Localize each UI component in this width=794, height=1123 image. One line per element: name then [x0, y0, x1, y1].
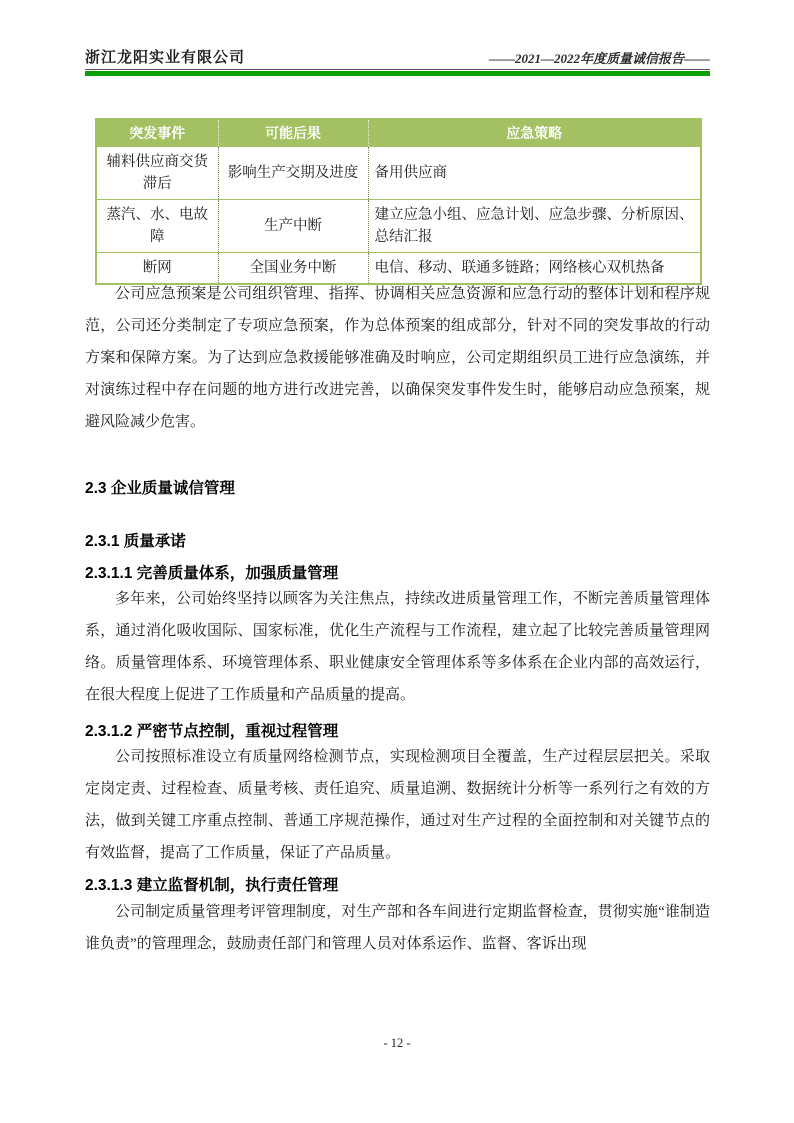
paragraph-2-3-1-2: 公司按照标准设立有质量网络检测节点，实现检测项目全覆盖，生产过程层层把关。采取定… — [85, 741, 710, 869]
table-cell-consequence: 影响生产交期及进度 — [218, 147, 368, 200]
paragraph-2-3-1-1: 多年来，公司始终坚持以顾客为关注焦点，持续改进质量管理工作，不断完善质量管理体系… — [85, 583, 710, 711]
table-cell-strategy: 建立应急小组、应急计划、应急步骤、分析原因、总结汇报 — [368, 200, 701, 253]
column-header-event: 突发事件 — [96, 119, 218, 147]
table-row: 蒸汽、水、电故障 生产中断 建立应急小组、应急计划、应急步骤、分析原因、总结汇报 — [96, 200, 701, 253]
section-heading-2-3-1-3: 2.3.1.3 建立监督机制，执行责任管理 — [85, 873, 710, 895]
page-header: 浙江龙阳实业有限公司 ——2021—2022年度质量诚信报告—— — [85, 46, 710, 76]
table-row: 辅料供应商交货滞后 影响生产交期及进度 备用供应商 — [96, 147, 701, 200]
paragraph-emergency-plan: 公司应急预案是公司组织管理、指挥、协调相关应急资源和应急行动的整体计划和程序规范… — [85, 278, 710, 438]
column-header-strategy: 应急策略 — [368, 119, 701, 147]
section-heading-2-3-1: 2.3.1 质量承诺 — [85, 529, 710, 551]
header-green-rule — [85, 71, 710, 76]
section-heading-2-3-1-2: 2.3.1.2 严密节点控制，重视过程管理 — [85, 719, 710, 741]
company-name: 浙江龙阳实业有限公司 — [85, 46, 245, 67]
column-header-consequence: 可能后果 — [218, 119, 368, 147]
paragraph-2-3-1-3: 公司制定质量管理考评管理制度，对生产部和各车间进行定期监督检查，贯彻实施“谁制造… — [85, 896, 710, 960]
section-heading-2-3-1-1: 2.3.1.1 完善质量体系，加强质量管理 — [85, 561, 710, 583]
table-cell-consequence: 生产中断 — [218, 200, 368, 253]
table-cell-event: 辅料供应商交货滞后 — [96, 147, 218, 200]
page-number: - 12 - — [383, 1036, 410, 1050]
page-footer: - 12 - — [0, 1036, 794, 1051]
table-cell-strategy: 备用供应商 — [368, 147, 701, 200]
section-heading-2-3: 2.3 企业质量诚信管理 — [85, 476, 710, 498]
table-cell-event: 蒸汽、水、电故障 — [96, 200, 218, 253]
document-page: 浙江龙阳实业有限公司 ——2021—2022年度质量诚信报告—— 突发事件 可能… — [0, 0, 794, 1123]
emergency-table: 突发事件 可能后果 应急策略 辅料供应商交货滞后 影响生产交期及进度 备用供应商… — [95, 118, 702, 285]
table-header-row: 突发事件 可能后果 应急策略 — [96, 119, 701, 147]
header-row: 浙江龙阳实业有限公司 ——2021—2022年度质量诚信报告—— — [85, 46, 710, 70]
report-title: ——2021—2022年度质量诚信报告—— — [489, 48, 710, 67]
